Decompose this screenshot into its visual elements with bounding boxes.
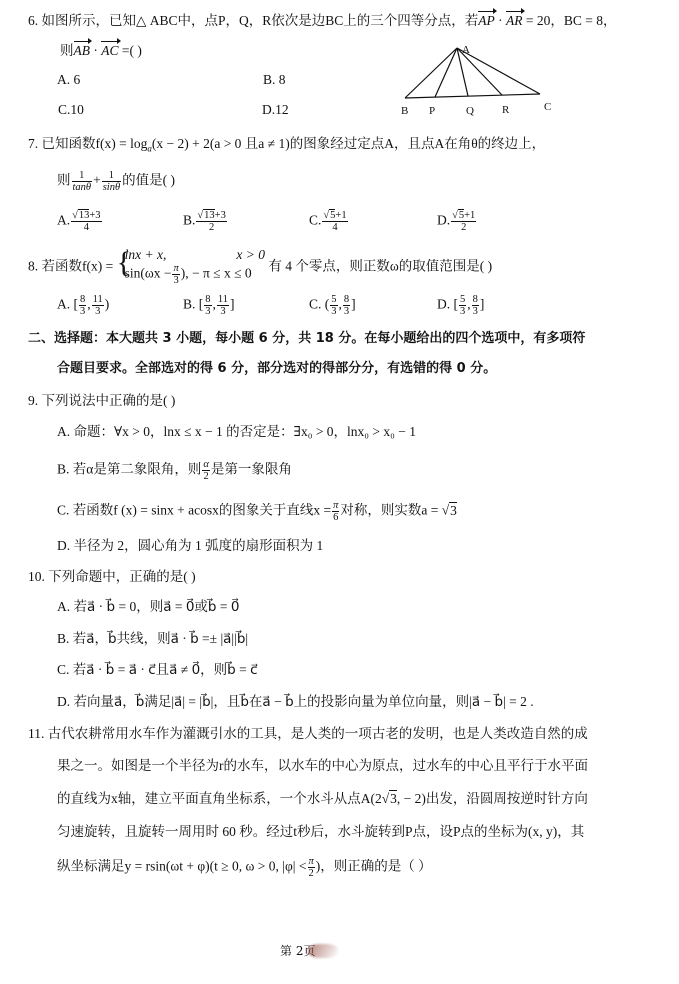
frac-den: 3 [472, 306, 479, 317]
q10-option-a[interactable]: A. 若a⃗ · b⃗ = 0，则a⃗ = 0⃗或b⃗ = 0⃗ [57, 598, 239, 616]
option-fraction: √5+12 [451, 210, 476, 233]
frac-den: 2 [451, 222, 476, 233]
frac-num: 8 [79, 294, 86, 306]
triangle-abc-figure: A B P Q R C [0, 0, 679, 130]
line-text-2: )，则正确的是（ ） [316, 859, 432, 874]
frac: 83 [79, 294, 86, 317]
frac-den: 2 [196, 222, 226, 233]
option-close: ) [105, 297, 110, 312]
q9-option-b[interactable]: B. 若α是第二象限角，则α2是第一象限角 [57, 459, 292, 482]
piecewise-function: { lnx + x,x > 0 sin(ωx −π3), − π ≤ x ≤ 0 [117, 247, 265, 286]
q8-stem-text-2: 有 4 个零点，则正数ω的取值范围是( ) [268, 259, 492, 274]
frac-den: 3 [343, 306, 350, 317]
num-rest: +1 [335, 210, 346, 221]
sqrt-radicand: 13 [203, 209, 215, 221]
scan-smudge [308, 944, 338, 958]
frac-den: 3 [92, 306, 104, 317]
frac-num: 5 [459, 294, 466, 306]
alpha-over-2: α2 [202, 459, 210, 482]
frac: 113 [217, 294, 229, 317]
q11-line-1: 11. 古代农耕常用水车作为灌溉引水的工具，是人类的一项古老的发明，也是人类改造… [28, 725, 588, 743]
left-brace: { [117, 247, 131, 279]
q7-ask: 则1tanθ+1sinθ的值是( ) [57, 170, 175, 193]
option-fraction: √5+14 [322, 210, 347, 233]
q9-stem: 9. 下列说法中正确的是( ) [28, 392, 175, 410]
q8-option-d[interactable]: D. [53,83] [437, 294, 484, 317]
q9-option-d[interactable]: D. 半径为 2，圆心角为 1 弧度的扇形面积为 1 [57, 537, 323, 555]
frac-den: 4 [71, 222, 101, 233]
option-fraction: √13+34 [71, 210, 101, 233]
q7-stem: 7. 已知函数f(x) = loga(x − 2) + 2(a > 0 且a ≠… [28, 135, 545, 158]
frac: 83 [472, 294, 479, 317]
pi-over-3: π3 [172, 263, 179, 286]
frac-num: α [202, 459, 210, 471]
label-p: P [429, 105, 435, 117]
frac-num: 11 [217, 294, 229, 306]
section-2-heading: 二、选择题：本大题共 3 小题，每小题 6 分，共 18 分。在每小题给出的四个… [28, 330, 585, 348]
frac-den: 3 [330, 306, 337, 317]
line-text: 的直线为x轴，建立平面直角坐标系，一个水斗从点A(2√ [57, 791, 389, 806]
q8-option-a[interactable]: A. [83,113) [57, 294, 109, 317]
frac-num: 1 [72, 170, 93, 182]
option-text: B. 若α是第二象限角，则 [57, 462, 201, 477]
option-close: ] [351, 297, 356, 312]
frac-num: 5 [330, 294, 337, 306]
num-rest: +3 [215, 210, 226, 221]
frac-den: 3 [79, 306, 86, 317]
option-prefix: A. [ [57, 297, 78, 312]
label-a: A [462, 44, 470, 56]
q11-line-2: 果之一。如图是一个半径为r的水车，以水车的中心为原点，过水车的中心且平行于水平面 [57, 757, 588, 775]
sqrt-radicand: 3 [449, 502, 457, 518]
case-2-expr-b: ), − π ≤ x ≤ 0 [181, 266, 252, 281]
frac-den: 6 [332, 512, 339, 523]
option-prefix: D. [437, 213, 450, 228]
q7-option-d[interactable]: D.√5+12 [437, 210, 477, 233]
frac-num: √13+3 [71, 210, 101, 222]
q7-option-c[interactable]: C.√5+14 [309, 210, 349, 233]
num-rest: +1 [464, 210, 475, 221]
q10-option-d[interactable]: D. 若向量a⃗，b⃗满足|a⃗| = |b⃗|，且b⃗在a⃗ − b⃗上的投影… [57, 693, 534, 711]
q7-ask-suffix: 的值是( ) [122, 173, 175, 188]
frac-den: 3 [217, 306, 229, 317]
frac: 83 [343, 294, 350, 317]
line-text: 纵坐标满足y = rsin(ωt + φ)(t ≥ 0, ω > 0, |φ| … [57, 859, 307, 874]
frac-num: 1 [102, 170, 121, 182]
frac-num: √5+1 [451, 210, 476, 222]
option-close: ] [230, 297, 235, 312]
label-b: B [401, 105, 408, 117]
frac-num: π [172, 263, 179, 275]
fraction-1-over-tan: 1tanθ [72, 170, 93, 193]
frac-num: √13+3 [196, 210, 226, 222]
frac-den: 2 [202, 471, 210, 482]
option-text-2: 是第一象限角 [211, 462, 292, 477]
sqrt-radicand: 3 [389, 790, 397, 806]
frac-num: √5+1 [322, 210, 347, 222]
option-prefix: D. [ [437, 297, 458, 312]
frac-den: 3 [459, 306, 466, 317]
q8-option-c[interactable]: C. (53,83] [309, 294, 356, 317]
q10-option-c[interactable]: C. 若a⃗ · b⃗ = a⃗ · c⃗且a⃗ ≠ 0⃗，则b⃗ = c⃗ [57, 661, 258, 679]
frac-num: 8 [472, 294, 479, 306]
option-text-2: 对称，则实数a = √ [340, 503, 449, 518]
option-prefix: B. [ [183, 297, 203, 312]
q9-option-a[interactable]: A. 命题：∀x > 0，lnx ≤ x − 1 的否定是：∃x₀ > 0，ln… [57, 423, 416, 441]
plus-sign: + [93, 173, 101, 188]
q7-stem-text-2: (x − 2) + 2(a > 0 且a ≠ 1)的图象经过定点A，且点A在角θ… [152, 136, 545, 151]
q10-stem: 10. 下列命题中，正确的是( ) [28, 568, 196, 586]
case-2-expr-a: sin(ωx − [125, 266, 172, 281]
piece-case-2: sin(ωx −π3), − π ≤ x ≤ 0 [125, 263, 265, 286]
q7-option-a[interactable]: A.√13+34 [57, 210, 103, 233]
frac-num: π [332, 500, 339, 512]
frac-num: 11 [92, 294, 104, 306]
q8-stem-text: 8. 若函数f(x) = [28, 259, 113, 274]
num-rest: +3 [89, 210, 100, 221]
option-prefix: A. [57, 213, 70, 228]
option-close: ] [480, 297, 485, 312]
q8-option-b[interactable]: B. [83,113] [183, 294, 235, 317]
frac-num: π [308, 856, 315, 868]
label-c: C [544, 101, 551, 113]
section-2-heading-cont: 合题目要求。全部选对的得 6 分，部分选对的得部分分，有选错的得 0 分。 [57, 360, 496, 378]
q8-stem: 8. 若函数f(x) = { lnx + x,x > 0 sin(ωx −π3)… [28, 247, 492, 286]
q7-option-b[interactable]: B.√13+32 [183, 210, 228, 233]
frac-den: 3 [204, 306, 211, 317]
sqrt-radicand: 13 [78, 209, 90, 221]
label-r: R [502, 104, 510, 116]
option-prefix: B. [183, 213, 195, 228]
q9-option-c[interactable]: C. 若函数f (x) = sinx + acosx的图象关于直线x =π6对称… [57, 500, 457, 523]
fraction-1-over-sin: 1sinθ [102, 170, 121, 193]
frac-num: 8 [204, 294, 211, 306]
frac-num: 8 [343, 294, 350, 306]
q11-line-5: 纵坐标满足y = rsin(ωt + φ)(t ≥ 0, ω > 0, |φ| … [57, 856, 432, 879]
q11-line-3: 的直线为x轴，建立平面直角坐标系，一个水斗从点A(2√3, − 2)出发，沿圆周… [57, 790, 588, 808]
piece-case-1: lnx + x,x > 0 [125, 247, 265, 263]
frac: 53 [330, 294, 337, 317]
q11-line-4: 匀速旋转，且旋转一周用时 60 秒。经过t秒后，水斗旋转到P点，设P点的坐标为(… [57, 823, 584, 841]
q7-ask-prefix: 则 [57, 173, 71, 188]
frac-den: 3 [172, 275, 179, 286]
option-prefix: C. [309, 213, 321, 228]
frac: 83 [204, 294, 211, 317]
pi-over-2: π2 [308, 856, 315, 879]
q10-option-b[interactable]: B. 若a⃗，b⃗共线，则a⃗ · b⃗ =± |a⃗||b⃗| [57, 630, 248, 648]
option-prefix: C. ( [309, 297, 329, 312]
frac-den: 2 [308, 868, 315, 879]
frac-den: 4 [322, 222, 347, 233]
option-fraction: √13+32 [196, 210, 226, 233]
case-1-cond: x > 0 [236, 247, 265, 262]
option-text: C. 若函数f (x) = sinx + acosx的图象关于直线x = [57, 503, 331, 518]
line-text-2: , − 2)出发，沿圆周按逆时针方向 [397, 791, 588, 806]
label-q: Q [466, 105, 474, 117]
frac: 53 [459, 294, 466, 317]
q7-stem-text: 7. 已知函数f(x) = log [28, 136, 147, 151]
frac-den: tanθ [72, 182, 93, 193]
frac-den: sinθ [102, 182, 121, 193]
frac: 113 [92, 294, 104, 317]
pi-over-6: π6 [332, 500, 339, 523]
